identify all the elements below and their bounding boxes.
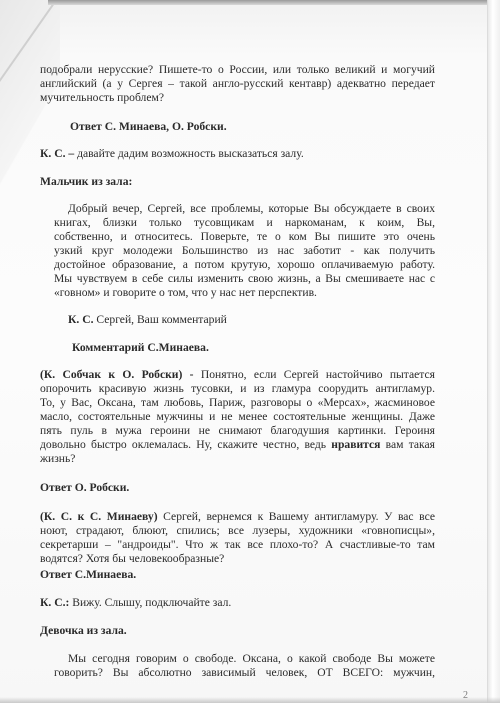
paragraph-text: Сергей, вернемся к Вашему антигламуру. У… <box>158 510 435 523</box>
speaker-label: (К. Собчак к О. Робски) - <box>40 368 194 381</box>
speaker-text: давайте дадим возможность высказаться за… <box>74 147 304 160</box>
paragraph-text: вам такая <box>380 438 435 451</box>
speaker-label: К. С. <box>68 313 93 326</box>
paragraph-line: «говном» и говорите о том, что у нас нет… <box>54 286 317 300</box>
paragraph-line: узкий круг молодежи Большинство из нас з… <box>54 244 435 258</box>
paragraph-line: опорочить красивую жизнь тусовки, и из г… <box>40 382 435 396</box>
paragraph-line: книгах, близки только тусовщикам и нарко… <box>54 216 435 230</box>
speaker-text: Сергей, Ваш комментарий <box>93 313 226 326</box>
section-heading: Ответ О. Робски. <box>40 481 129 495</box>
paragraph-line: То, у Вас, Оксана, там любовь, Париж, ра… <box>40 396 435 410</box>
paragraph-line: Мы сегодня говорим о свободе. Оксана, о … <box>68 652 435 666</box>
paragraph-line: секретарши – "андроиды". Что ж так все п… <box>40 538 435 552</box>
paragraph-line: (К. Собчак к О. Робски) - Понятно, если … <box>40 368 435 382</box>
page-top-edge <box>48 0 500 5</box>
paragraph-line: жизнь? <box>40 452 75 466</box>
page-stack-edge <box>487 0 500 703</box>
speaker-label: К. С. – <box>40 147 74 160</box>
paragraph-line: (К. С. к С. Минаеву) Сергей, вернемся к … <box>40 510 435 524</box>
paragraph-line: довольно быстро оклемалась. Ну, скажите … <box>40 438 435 452</box>
paragraph-line: Добрый вечер, Сергей, все проблемы, кото… <box>68 202 435 216</box>
speaker-line: К. С. – давайте дадим возможность высказ… <box>40 147 304 161</box>
paragraph-line: собственно, и относитесь. Поверьте, те о… <box>54 230 435 244</box>
section-heading: Мальчик из зала: <box>40 175 132 189</box>
speaker-text: Вижу. Слышу, подключайте зал. <box>69 596 231 609</box>
section-heading: Девочка из зала. <box>40 624 127 638</box>
paragraph-line: достойное образование, а потом крутую, х… <box>54 258 435 272</box>
paragraph-line: английский (а у Сергея – такой англо-рус… <box>40 77 435 91</box>
speaker-label: (К. С. к С. Минаеву) <box>40 510 158 523</box>
paragraph-line: пять пуль в мужа героини не снимают благ… <box>40 424 435 438</box>
paragraph-line: говорить? Вы абсолютно зависимый человек… <box>54 666 435 680</box>
page-bottom-shadow <box>0 697 500 703</box>
speaker-line: К. С.: Вижу. Слышу, подключайте зал. <box>40 596 231 610</box>
section-heading: Ответ С.Минаева. <box>40 568 136 582</box>
speaker-label: К. С.: <box>40 596 69 609</box>
paragraph-line: ноют, страдают, блюют, спились; все лузе… <box>40 524 435 538</box>
section-heading: Комментарий С.Минаева. <box>72 341 209 355</box>
paragraph-line: мучительность проблем? <box>40 91 164 105</box>
paragraph-text: Понятно, если Сергей настойчиво пытается <box>194 368 435 381</box>
paragraph-line: водятся? Хотя бы человекообразные? <box>40 552 224 566</box>
document-page: подобрали нерусские? Пишете-то о России,… <box>0 0 490 703</box>
paragraph-line: масло, состоятельные мужчины и не менее … <box>40 410 435 424</box>
emphasis-text: нравится <box>331 438 380 451</box>
speaker-line: К. С. Сергей, Ваш комментарий <box>68 313 227 327</box>
section-heading: Ответ С. Минаева, О. Робски. <box>70 120 227 134</box>
paragraph-text: довольно быстро оклемалась. Ну, скажите … <box>40 438 331 451</box>
paragraph-line: Мы чувствуем в себе силы изменить свою ж… <box>54 272 435 286</box>
paragraph-line: подобрали нерусские? Пишете-то о России,… <box>40 63 435 77</box>
